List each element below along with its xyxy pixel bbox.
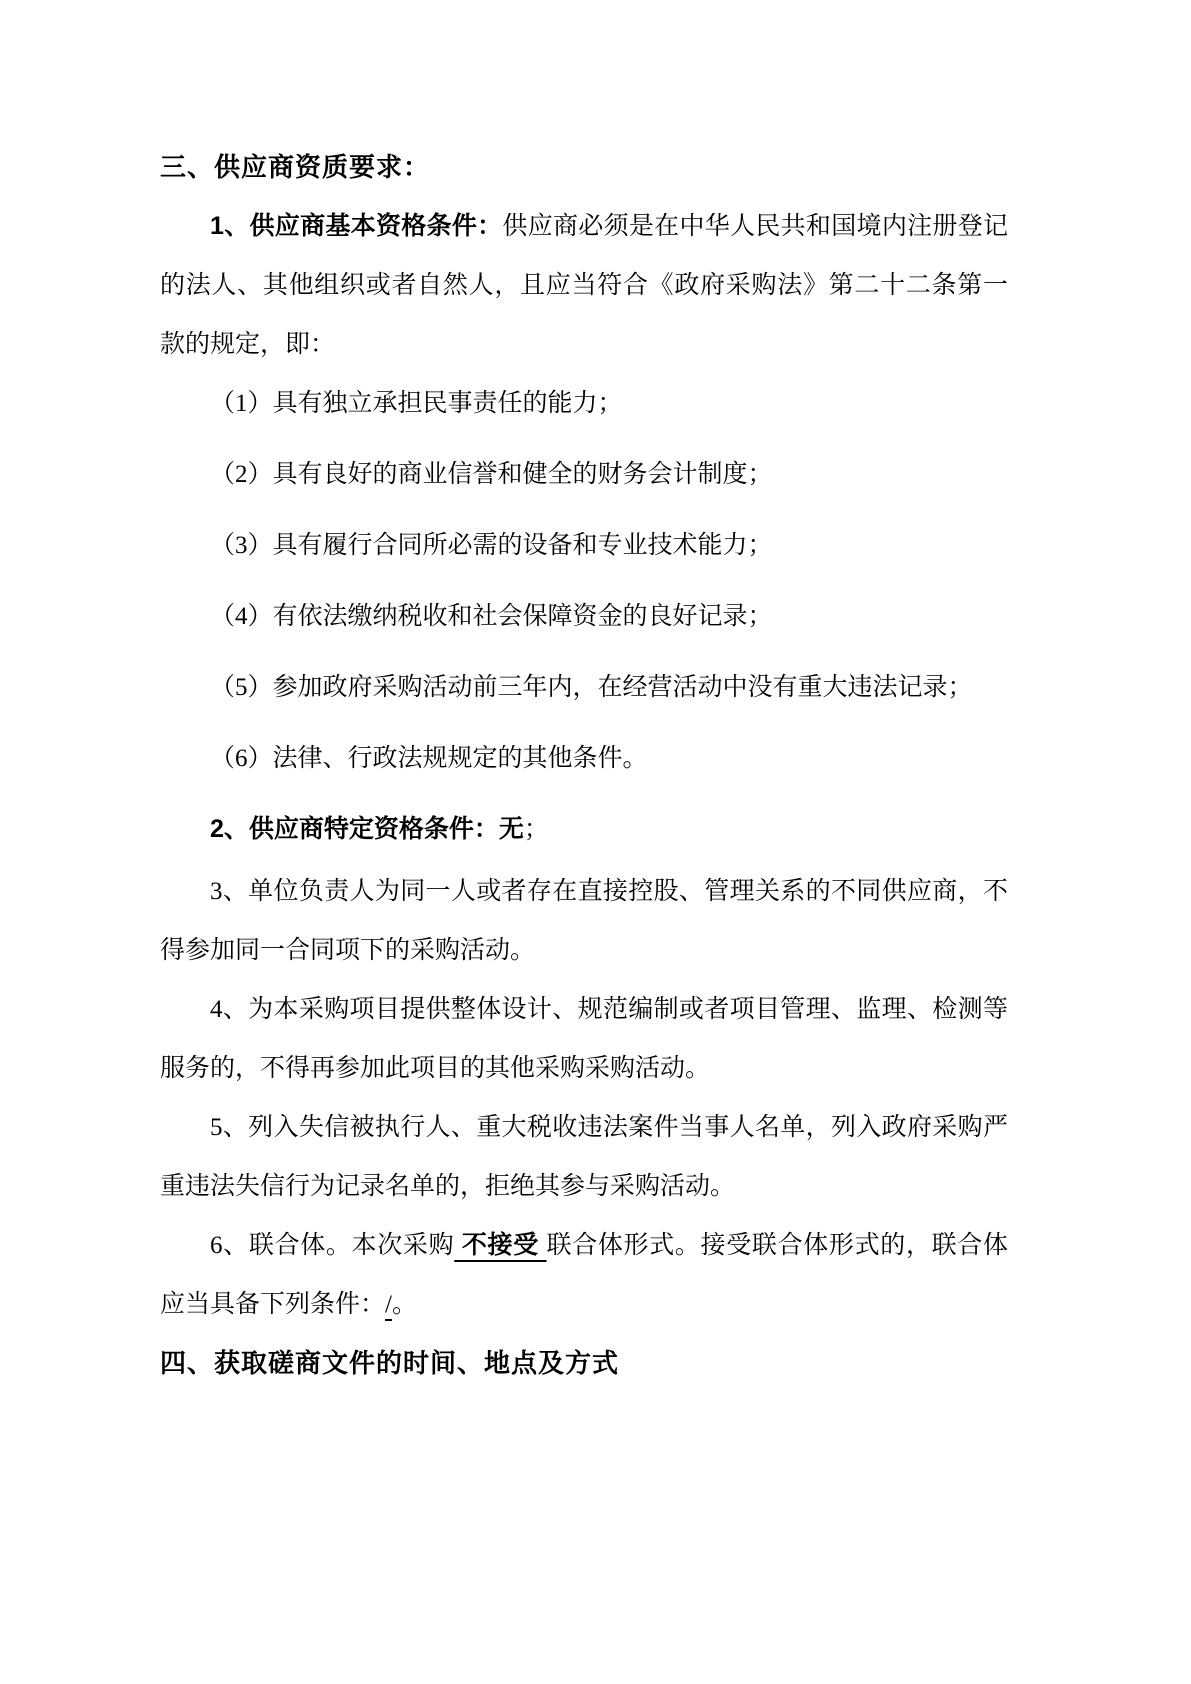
clause-5-paragraph: 5、列入失信被执行人、重大税收违法案件当事人名单，列入政府采购严重违法失信行为记… [160,1098,1008,1216]
section-4-heading: 四、获取磋商文件的时间、地点及方式 [160,1334,1008,1393]
specific-qualification-tail: ； [524,816,549,843]
specific-qualification-label: 2、供应商特定资格条件：无 [210,815,524,843]
document-page: 三、供应商资质要求： 1、供应商基本资格条件：供应商必须是在中华人民共和国境内注… [0,0,1191,1684]
condition-item-2: （2）具有良好的商业信誉和健全的财务会计制度； [160,445,1008,504]
condition-item-1: （1）具有独立承担民事责任的能力； [160,374,1008,433]
clause-6-blank-slash: / [385,1291,392,1318]
clause-4-paragraph: 4、为本采购项目提供整体设计、规范编制或者项目管理、监理、检测等服务的，不得再参… [160,980,1008,1098]
condition-item-6: （6）法律、行政法规规定的其他条件。 [160,729,1008,788]
condition-item-5: （5）参加政府采购活动前三年内，在经营活动中没有重大违法记录； [160,658,1008,717]
basic-qualification-label: 1、供应商基本资格条件： [210,212,502,240]
clause-6-underlined-choice: 不接受 [454,1231,546,1259]
condition-item-3: （3）具有履行合同所必需的设备和专业技术能力； [160,516,1008,575]
specific-qualification-paragraph: 2、供应商特定资格条件：无； [160,800,1008,859]
clause-6-paragraph: 6、联合体。本次采购 不接受 联合体形式。接受联合体形式的，联合体应当具备下列条… [160,1216,1008,1334]
clause-3-paragraph: 3、单位负责人为同一人或者存在直接控股、管理关系的不同供应商，不得参加同一合同项… [160,862,1008,980]
basic-qualification-paragraph: 1、供应商基本资格条件：供应商必须是在中华人民共和国境内注册登记的法人、其他组织… [160,197,1008,374]
section-3-heading: 三、供应商资质要求： [160,138,1008,197]
clause-6-end: 。 [392,1291,417,1318]
condition-item-4: （4）有依法缴纳税收和社会保障资金的良好记录； [160,587,1008,646]
clause-6-lead: 6、联合体。本次采购 [210,1232,454,1259]
